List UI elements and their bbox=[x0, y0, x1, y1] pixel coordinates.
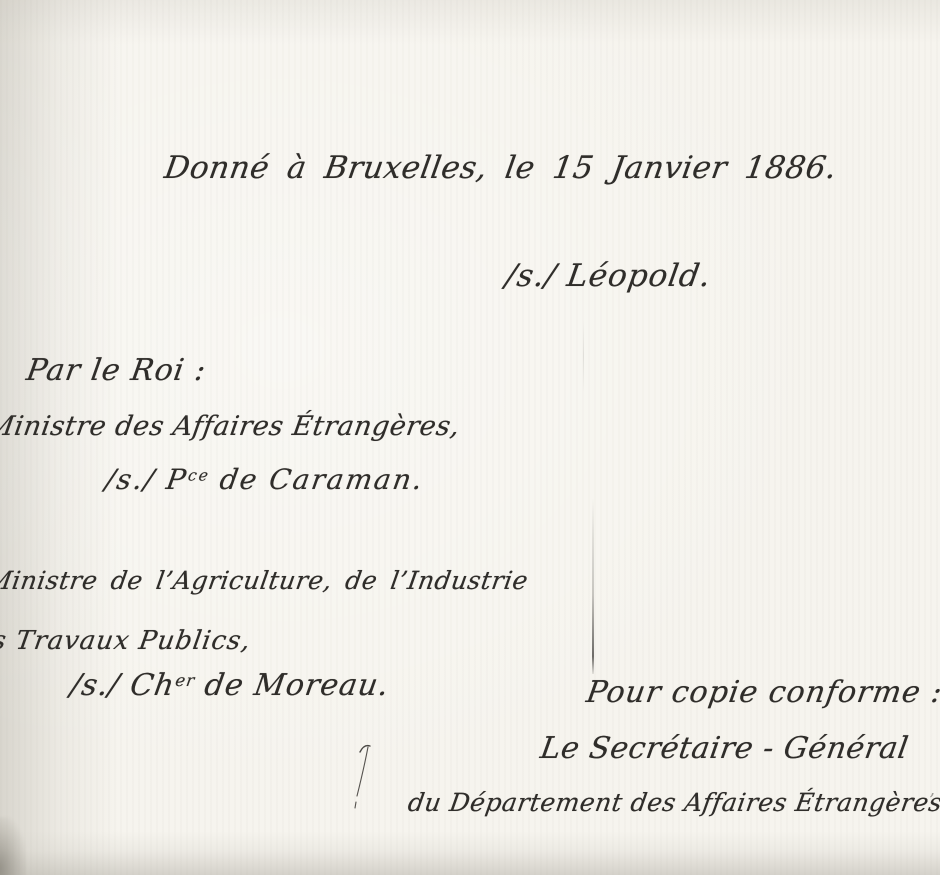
caraman-signature-prefix: /s./ P bbox=[103, 463, 190, 496]
pour-copie-conforme: Pour copie conforme : bbox=[584, 675, 940, 710]
moreau-signature-rest: de Moreau. bbox=[192, 668, 392, 703]
caraman-signature-rest: de Caraman. bbox=[207, 463, 427, 496]
caraman-signature: /s./ Pce de Caraman. bbox=[103, 463, 427, 496]
paper-crease-upper bbox=[583, 320, 584, 392]
agriculture-minister-title: Ministre de l’Agriculture, de l’Industri… bbox=[0, 566, 530, 595]
foreign-minister-title: Ministre des Affaires Étrangères, bbox=[0, 411, 462, 442]
stray-pen-mark bbox=[348, 738, 382, 818]
royal-signature: /s./ Léopold. bbox=[503, 258, 714, 294]
moreau-signature: /s./ Cher de Moreau. bbox=[68, 668, 392, 703]
bottom-edge-scan-shadow bbox=[0, 831, 940, 875]
right-edge-pen-tick: ’ bbox=[929, 790, 935, 811]
scanned-letter-page: Donné à Bruxelles, le 15 Janvier 1886. /… bbox=[0, 0, 940, 875]
caraman-signature-superscript: ce bbox=[187, 467, 212, 485]
departement-line: du Département des Affaires Étrangères, bbox=[406, 788, 940, 817]
paper-crease-lower bbox=[592, 498, 594, 674]
par-le-roi-heading: Par le Roi : bbox=[24, 353, 209, 388]
top-edge-scan-shadow bbox=[0, 0, 940, 44]
bottom-left-corner-blot bbox=[0, 817, 26, 875]
dateline: Donné à Bruxelles, le 15 Janvier 1886. bbox=[162, 150, 839, 186]
secretaire-general-title: Le Secrétaire - Général bbox=[538, 731, 911, 766]
travaux-publics-title: s Travaux Publics, bbox=[0, 626, 253, 656]
moreau-signature-prefix: /s./ Ch bbox=[68, 668, 178, 703]
